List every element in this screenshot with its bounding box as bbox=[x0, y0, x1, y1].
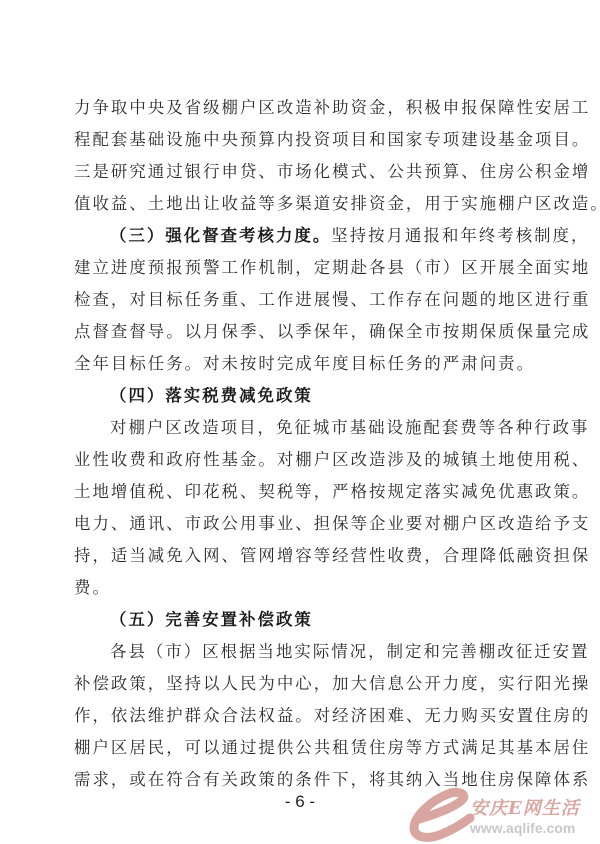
text-line: 全年目标任务。对未按时完成年度目标任务的严肃问责。 bbox=[74, 348, 528, 380]
text-line: 作，依法维护群众合法权益。对经济困难、无力购买安置住房的 bbox=[74, 700, 528, 732]
watermark-logo: 安庆E网生活 www.aqlife.com bbox=[408, 786, 600, 844]
document-page: 力争取中央及省级棚户区改造补助资金，积极申报保障性安居工 程配套基础设施中央预算… bbox=[0, 0, 600, 844]
watermark-name: 安庆E网生活 bbox=[470, 794, 580, 820]
text-line: 建立进度预报预警工作机制，定期赴各县（市）区开展全面实地 bbox=[74, 252, 528, 284]
section-3-heading: （三）强化督查考核力度。 bbox=[110, 226, 331, 245]
text-line: 各县（市）区根据当地实际情况，制定和完善棚改征迁安置 bbox=[74, 636, 528, 668]
text-line: 力争取中央及省级棚户区改造补助资金，积极申报保障性安居工 bbox=[74, 92, 528, 124]
watermark-url: www.aqlife.com bbox=[470, 820, 575, 836]
section-3-first-line: （三）强化督查考核力度。坚持按月通报和年终考核制度， bbox=[74, 220, 528, 252]
text-line: 费。 bbox=[74, 572, 528, 604]
section-4-heading: （四）落实税费减免政策 bbox=[74, 380, 528, 412]
text-line: 检查，对目标任务重、工作进展慢、工作存在问题的地区进行重 bbox=[74, 284, 528, 316]
e-logo-icon bbox=[408, 786, 478, 844]
text-line: 点督查督导。以月保季、以季保年，确保全市按期保质保量完成 bbox=[74, 316, 528, 348]
text-line: 程配套基础设施中央预算内投资项目和国家专项建设基金项目。 bbox=[74, 124, 528, 156]
text-line: 对棚户区改造项目，免征城市基础设施配套费等各种行政事 bbox=[74, 412, 528, 444]
text-line: 电力、通讯、市政公用事业、担保等企业要对棚户区改造给予支 bbox=[74, 508, 528, 540]
text-line: 棚户区居民，可以通过提供公共租赁住房等方式满足其基本居住 bbox=[74, 732, 528, 764]
text-line: 业性收费和政府性基金。对棚户区改造涉及的城镇土地使用税、 bbox=[74, 444, 528, 476]
section-3-first-line-text: 坚持按月通报和年终考核制度， bbox=[331, 226, 589, 245]
text-line: 三是研究通过银行申贷、市场化模式、公共预算、住房公积金增 bbox=[74, 156, 528, 188]
section-5-heading: （五）完善安置补偿政策 bbox=[74, 604, 528, 636]
text-line: 值收益、土地出让收益等多渠道安排资金，用于实施棚户区改造。 bbox=[74, 188, 528, 220]
text-line: 持，适当减免入网、管网增容等经营性收费，合理降低融资担保 bbox=[74, 540, 528, 572]
text-line: 补偿政策，坚持以人民为中心，加大信息公开力度，实行阳光操 bbox=[74, 668, 528, 700]
body-text: 力争取中央及省级棚户区改造补助资金，积极申报保障性安居工 程配套基础设施中央预算… bbox=[74, 92, 528, 796]
text-line: 土地增值税、印花税、契税等，严格按规定落实减免优惠政策。 bbox=[74, 476, 528, 508]
